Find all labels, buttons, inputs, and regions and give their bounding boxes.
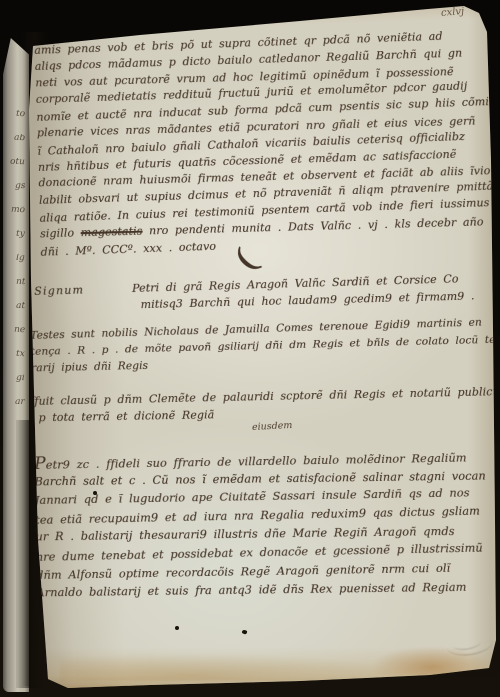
ink-blot [241,629,247,634]
line-segment: sigillo [40,226,81,240]
folio-number: cxlvj [441,6,465,19]
signum-label: Signum [34,282,84,300]
grant-paragraph: ( Petr9 zc . ffideli suo ffrario de vill… [34,447,489,604]
manuscript-photo: to ab otu gs mõ ty lg nt at ne tx gi ar … [0,0,500,697]
parchment-stain [60,655,390,681]
ink-blot [93,491,97,495]
act-paragraph: amis penas vob et bris põ ut supra cõtin… [34,28,491,260]
signum-clause: Signum Petri di grã Regis Aragoñ Valñc S… [34,271,485,316]
manuscript-page: cxlvj amis penas vob et bris põ ut supra… [0,0,500,697]
ink-blot [175,626,179,630]
centered-catchword: eiusdem [252,420,293,433]
witness-clause: Testes sunt nobilis Nicholaus de Jamuill… [30,315,489,377]
struck-word: magestatis [81,224,143,239]
